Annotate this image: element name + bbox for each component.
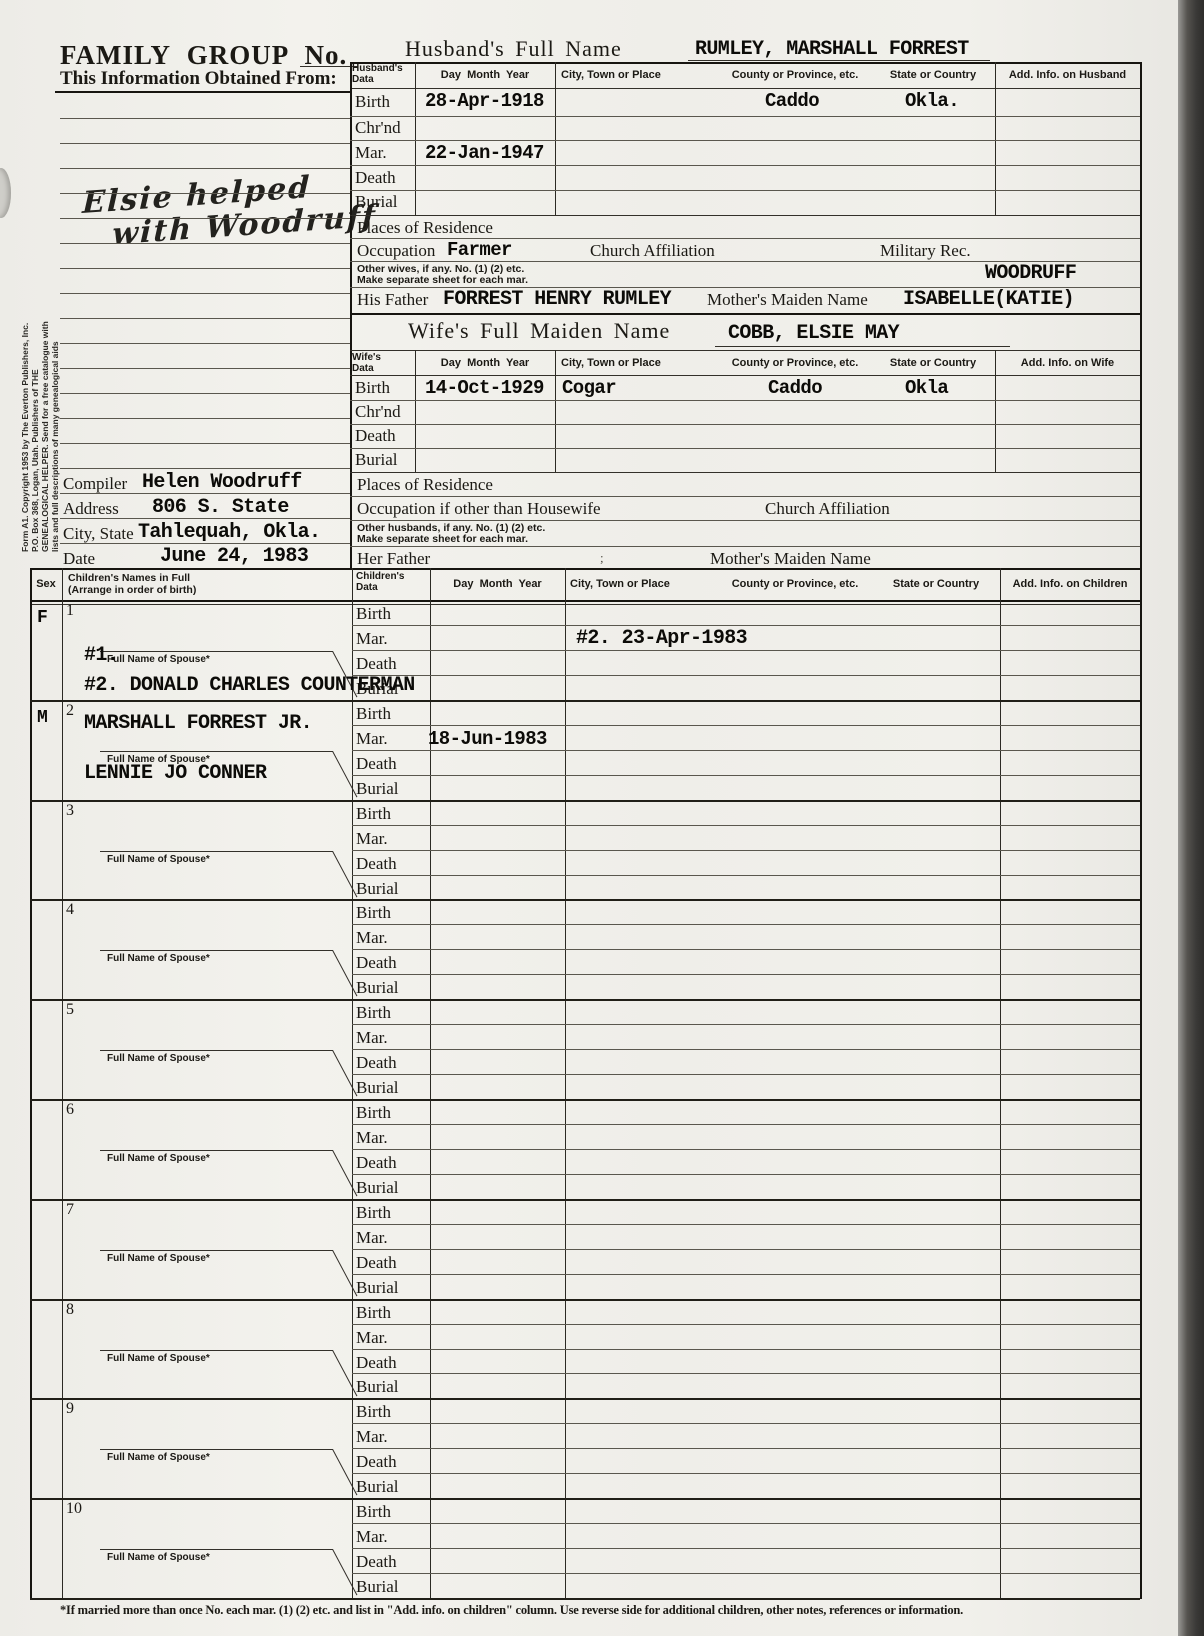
wife-row-line	[350, 400, 1140, 401]
child-row-line	[352, 1349, 1140, 1350]
wife-header-bottom-border	[350, 375, 1140, 376]
child-row-line	[352, 1074, 1140, 1075]
children-col-sex: Sex	[30, 578, 62, 590]
husband-data-label-1: Husband's	[352, 63, 403, 74]
child-data-row-label: Birth	[356, 1003, 391, 1023]
obtained-from-ruled-line	[60, 518, 350, 519]
obtained-from-ruled-line	[60, 318, 350, 319]
husband-rows-bottom-line	[350, 215, 1140, 216]
childdata-col-border	[430, 568, 431, 1599]
wife-row-line	[350, 424, 1140, 425]
child-row-line	[352, 1423, 1140, 1424]
children-data-label-2: Data	[356, 582, 378, 593]
child-block-divider	[30, 899, 1140, 901]
husband-row-label: Chr'nd	[355, 118, 401, 138]
child-data-row-label: Death	[356, 953, 397, 973]
spouse-label: Full Name of Spouse*	[107, 1452, 210, 1463]
address-label: Address	[63, 499, 119, 519]
child-row-line	[352, 675, 1140, 676]
husband-name-value: RUMLEY, MARSHALL FORREST	[695, 38, 969, 61]
husband-birth-state: Okla.	[905, 90, 959, 112]
wife-birth-county: Caddo	[768, 377, 822, 399]
child-data-row-label: Mar.	[356, 1527, 388, 1547]
child-row-line	[352, 625, 1140, 626]
husband-row-label: Burial	[355, 192, 398, 212]
child-number: 6	[66, 1101, 74, 1119]
child-number: 4	[66, 901, 74, 919]
child-data-row-label: Mar.	[356, 1328, 388, 1348]
spouse-overline	[100, 751, 333, 752]
stray-mark: ;	[600, 550, 604, 566]
scanner-notch	[0, 168, 11, 218]
wife-col-city: City, Town or Place	[561, 357, 661, 369]
obtained-from-ruled-line	[60, 393, 350, 394]
husband-data-label-2: Data	[352, 74, 374, 85]
child-spouse-name: LENNIE JO CONNER	[84, 762, 266, 785]
wife-col-date: Day Month Year	[415, 357, 555, 369]
date-label: Date	[63, 549, 95, 569]
child-block-divider	[30, 1498, 1140, 1500]
husband-mother-label: Mother's Maiden Name	[707, 290, 868, 310]
city-state-value: Tahlequah, Okla.	[138, 521, 320, 544]
child-row-line	[352, 875, 1140, 876]
child-block-divider	[30, 1299, 1140, 1301]
child-row-line	[352, 1049, 1140, 1050]
child-data-row-label: Burial	[356, 1477, 399, 1497]
wife-rows-bottom-line	[350, 472, 1140, 473]
child-data-row-label: Death	[356, 854, 397, 874]
spouse-overline	[100, 851, 333, 852]
child-row-line	[352, 1249, 1140, 1250]
compiler-value: Helen Woodruff	[142, 471, 302, 494]
children-col-date: Day Month Year	[430, 578, 565, 590]
child-data-row-label: Death	[356, 754, 397, 774]
child-marriage-place: #2. 23-Apr-1983	[576, 627, 747, 650]
obtained-from-ruled-line	[60, 118, 350, 119]
child-data-row-label: Birth	[356, 804, 391, 824]
wife-father-label: Her Father	[357, 549, 430, 569]
imprint-line: P.O. Box 368, Logan, Utah. Publishers of…	[30, 280, 40, 552]
child-data-row-label: Burial	[356, 1078, 399, 1098]
spouse-label: Full Name of Spouse*	[107, 1552, 210, 1563]
husband-col-date: Day Month Year	[415, 69, 555, 81]
child-number: 2	[66, 702, 74, 720]
child-name: MARSHALL FORREST JR.	[84, 712, 312, 735]
obtained-from-underline	[55, 91, 350, 93]
wife-section-line	[350, 496, 1140, 497]
spouse-overline	[100, 1449, 333, 1450]
city-state-label: City, State	[63, 524, 134, 544]
child-data-row-label: Mar.	[356, 1028, 388, 1048]
obtained-from-ruled-line	[60, 543, 350, 544]
child-data-row-label: Death	[356, 1552, 397, 1572]
spouse-label: Full Name of Spouse*	[107, 1253, 210, 1264]
obtained-from-ruled-line	[60, 418, 350, 419]
child-block-divider	[30, 1598, 1140, 1600]
child-row-line	[352, 1523, 1140, 1524]
names-col-border	[352, 568, 353, 1599]
husband-header-bottom-border	[350, 88, 1140, 89]
obtained-from-ruled-line	[60, 293, 350, 294]
obtained-from-ruled-line	[60, 443, 350, 444]
publisher-imprint: Form A1. Copyright 1953 by The Everton P…	[20, 280, 60, 552]
husband-datecol-border	[415, 62, 416, 215]
child-row-line	[352, 924, 1140, 925]
sex-col-border	[62, 568, 63, 1599]
child-number: 8	[66, 1301, 74, 1319]
wife-birth-city: Cogar	[562, 377, 616, 399]
child-data-row-label: Mar.	[356, 829, 388, 849]
spouse-label: Full Name of Spouse*	[107, 953, 210, 964]
child-block-divider	[30, 800, 1140, 802]
child-marriage-date: 18-Jun-1983	[428, 728, 547, 750]
husband-occupation-value: Farmer	[447, 239, 512, 261]
husband-other-wives-label-2: Make separate sheet for each mar.	[357, 274, 528, 286]
wife-row-line	[350, 448, 1140, 449]
wife-table-top-border	[350, 350, 1140, 351]
wife-section-line	[350, 520, 1140, 521]
childaddinfo-col-border	[1000, 568, 1001, 1599]
husband-row-label: Birth	[355, 92, 390, 112]
form-right-border	[1140, 62, 1142, 1599]
husband-col-county: County or Province, etc.	[700, 69, 890, 81]
wife-occupation-label: Occupation if other than Housewife	[357, 499, 601, 519]
child-data-row-label: Mar.	[356, 1228, 388, 1248]
husband-table-top-border	[350, 62, 1140, 64]
child-data-row-label: Death	[356, 654, 397, 674]
child-data-row-label: Death	[356, 1053, 397, 1073]
child-number: 1	[66, 602, 74, 620]
child-data-row-label: Death	[356, 1452, 397, 1472]
child-data-row-label: Burial	[356, 879, 399, 899]
scanned-family-group-form: Form A1. Copyright 1953 by The Everton P…	[0, 0, 1204, 1636]
child-sex: M	[37, 708, 47, 728]
address-value: 806 S. State	[152, 496, 289, 519]
child-data-row-label: Burial	[356, 1278, 399, 1298]
child-data-row-label: Birth	[356, 1303, 391, 1323]
child-block-divider	[30, 1398, 1140, 1400]
child-row-line	[352, 1224, 1140, 1225]
husband-birth-county: Caddo	[765, 90, 819, 112]
child-row-line	[352, 650, 1140, 651]
husband-row-line	[350, 165, 1140, 166]
child-data-row-label: Burial	[356, 1178, 399, 1198]
child-row-line	[352, 850, 1140, 851]
child-data-row-label: Mar.	[356, 1427, 388, 1447]
spouse-overline	[100, 1150, 333, 1151]
child-row-line	[352, 1124, 1140, 1125]
spouse-label: Full Name of Spouse*	[107, 654, 210, 665]
compiler-label: Compiler	[63, 474, 127, 494]
child-data-row-label: Birth	[356, 1103, 391, 1123]
spouse-label: Full Name of Spouse*	[107, 1353, 210, 1364]
wife-row-label: Death	[355, 426, 396, 446]
husband-father-label: His Father	[357, 290, 428, 310]
child-data-row-label: Mar.	[356, 928, 388, 948]
wife-church-label: Church Affiliation	[765, 499, 890, 519]
wife-name-value: COBB, ELSIE MAY	[728, 322, 899, 345]
child-block-divider	[30, 999, 1140, 1001]
child-spouse-number: #1.	[84, 644, 118, 667]
child-row-line	[352, 974, 1140, 975]
husband-birth-date: 28-Apr-1918	[425, 90, 544, 112]
childdate-col-border	[565, 568, 566, 1599]
child-row-line	[352, 1548, 1140, 1549]
child-row-line	[352, 750, 1140, 751]
spouse-overline	[100, 1549, 333, 1550]
husband-section-bottom-border	[350, 313, 1140, 315]
child-number: 7	[66, 1201, 74, 1219]
husband-row-line	[350, 190, 1140, 191]
obtained-from-ruled-line	[60, 493, 350, 494]
spouse-overline	[100, 950, 333, 951]
child-data-row-label: Death	[356, 1153, 397, 1173]
children-col-city: City, Town or Place	[570, 578, 670, 590]
wife-places-label: Places of Residence	[357, 475, 493, 495]
wife-col-state: State or Country	[868, 357, 998, 369]
wife-birth-state: Okla	[905, 377, 948, 399]
husband-row-label: Death	[355, 168, 396, 188]
wife-row-label: Birth	[355, 378, 390, 398]
husband-table-left-border	[350, 62, 352, 568]
children-left-border	[30, 568, 32, 1599]
husband-name-underline	[688, 60, 990, 61]
child-data-row-label: Burial	[356, 1377, 399, 1397]
wife-citycol-border	[555, 350, 556, 472]
child-number: 5	[66, 1001, 74, 1019]
wife-col-addinfo: Add. Info. on Wife	[995, 357, 1140, 369]
child-row-line	[352, 1274, 1140, 1275]
husband-addinfocol-border	[995, 62, 996, 215]
husband-col-city: City, Town or Place	[561, 69, 661, 81]
child-data-row-label: Burial	[356, 779, 399, 799]
husband-other-wives-value: WOODRUFF	[985, 262, 1076, 285]
child-row-line	[352, 1324, 1140, 1325]
husband-row-label: Mar.	[355, 143, 387, 163]
child-row-line	[352, 949, 1140, 950]
children-col-addinfo: Add. Info. on Children	[1000, 578, 1140, 590]
wife-data-label-2: Data	[352, 363, 374, 374]
date-value: June 24, 1983	[160, 545, 308, 568]
children-names-label-2: (Arrange in order of birth)	[68, 584, 196, 596]
footnote: *If married more than once No. each mar.…	[60, 1603, 1145, 1618]
imprint-line: lists and full descriptions of many gene…	[50, 280, 60, 552]
child-row-line	[352, 775, 1140, 776]
spouse-overline	[100, 651, 333, 652]
obtained-from-ruled-line	[60, 243, 350, 244]
children-header-bottom-border	[30, 600, 1140, 602]
scan-edge-band	[1178, 0, 1204, 1636]
children-col-state: State or Country	[872, 578, 1000, 590]
children-names-label-1: Children's Names in Full	[68, 572, 190, 584]
child-number: 3	[66, 802, 74, 820]
child-data-row-label: Birth	[356, 1402, 391, 1422]
children-data-label-1: Children's	[356, 571, 405, 582]
obtained-from-label: This Information Obtained From:	[60, 68, 337, 90]
child-block-divider	[30, 1099, 1140, 1101]
wife-mother-label: Mother's Maiden Name	[710, 549, 871, 569]
husband-mother-value: ISABELLE(KATIE)	[903, 288, 1074, 311]
child-row-line	[352, 1473, 1140, 1474]
spouse-label: Full Name of Spouse*	[107, 1053, 210, 1064]
child-row-line	[352, 1024, 1140, 1025]
obtained-from-ruled-line	[60, 218, 350, 219]
husband-father-value: FORREST HENRY RUMLEY	[443, 288, 671, 311]
wife-birth-date: 14-Oct-1929	[425, 377, 544, 399]
child-row-line	[352, 825, 1140, 826]
husband-col-addinfo: Add. Info. on Husband	[995, 69, 1140, 81]
obtained-from-ruled-line	[60, 168, 350, 169]
child-data-row-label: Death	[356, 1253, 397, 1273]
husband-occupation-label: Occupation	[357, 241, 435, 261]
child-data-row-label: Burial	[356, 1577, 399, 1597]
husband-places-label: Places of Residence	[357, 218, 493, 238]
husband-military-label: Military Rec.	[880, 241, 971, 261]
child-data-row-label: Mar.	[356, 729, 388, 749]
husband-citycol-border	[555, 62, 556, 215]
child-number: 10	[66, 1500, 82, 1518]
obtained-from-ruled-line	[60, 143, 350, 144]
spouse-overline	[100, 1050, 333, 1051]
child-data-row-label: Death	[356, 1353, 397, 1373]
child-block-divider	[30, 700, 1140, 702]
husband-row-line	[350, 140, 1140, 141]
imprint-line: Form A1. Copyright 1953 by The Everton P…	[20, 280, 30, 552]
child-row-line	[352, 1573, 1140, 1574]
child-row-line	[352, 1149, 1140, 1150]
children-header-double-line	[30, 604, 1140, 605]
children-table-top-border	[30, 568, 1140, 570]
spouse-label: Full Name of Spouse*	[107, 854, 210, 865]
wife-row-label: Burial	[355, 450, 398, 470]
child-data-row-label: Birth	[356, 1203, 391, 1223]
wife-data-label-1: Wife's	[352, 352, 381, 363]
child-data-row-label: Mar.	[356, 1128, 388, 1148]
imprint-line: GENEALOGICAL HELPER. Send for a free cat…	[40, 280, 50, 552]
wife-other-husbands-label-2: Make separate sheet for each mar.	[357, 533, 528, 545]
child-data-row-label: Birth	[356, 1502, 391, 1522]
obtained-from-ruled-line	[60, 193, 350, 194]
child-data-row-label: Birth	[356, 903, 391, 923]
child-data-row-label: Mar.	[356, 629, 388, 649]
wife-name-underline	[715, 346, 1010, 347]
child-block-divider	[30, 1199, 1140, 1201]
child-row-line	[352, 1373, 1140, 1374]
spouse-overline	[100, 1350, 333, 1351]
child-row-line	[352, 1174, 1140, 1175]
obtained-from-ruled-line	[60, 343, 350, 344]
husband-section-label: Husband's Full Name	[405, 36, 622, 62]
child-data-row-label: Birth	[356, 604, 391, 624]
child-sex: F	[37, 608, 47, 628]
child-data-row-label: Burial	[356, 978, 399, 998]
obtained-from-ruled-line	[60, 368, 350, 369]
husband-col-state: State or Country	[868, 69, 998, 81]
child-row-line	[352, 1448, 1140, 1449]
child-number: 9	[66, 1400, 74, 1418]
children-col-county: County or Province, etc.	[700, 578, 890, 590]
husband-marriage-date: 22-Jan-1947	[425, 142, 544, 164]
child-data-row-label: Birth	[356, 704, 391, 724]
wife-row-label: Chr'nd	[355, 402, 401, 422]
child-row-line	[352, 725, 1140, 726]
obtained-from-ruled-line	[60, 268, 350, 269]
husband-church-label: Church Affiliation	[590, 241, 715, 261]
wife-col-county: County or Province, etc.	[700, 357, 890, 369]
obtained-from-ruled-line	[60, 468, 350, 469]
child-spouse-name: #2. DONALD CHARLES COUNTERMAN	[84, 674, 415, 697]
spouse-label: Full Name of Spouse*	[107, 1153, 210, 1164]
wife-section-line	[350, 546, 1140, 547]
wife-section-label: Wife's Full Maiden Name	[408, 318, 670, 344]
spouse-overline	[100, 1250, 333, 1251]
husband-row-line	[350, 116, 1140, 117]
